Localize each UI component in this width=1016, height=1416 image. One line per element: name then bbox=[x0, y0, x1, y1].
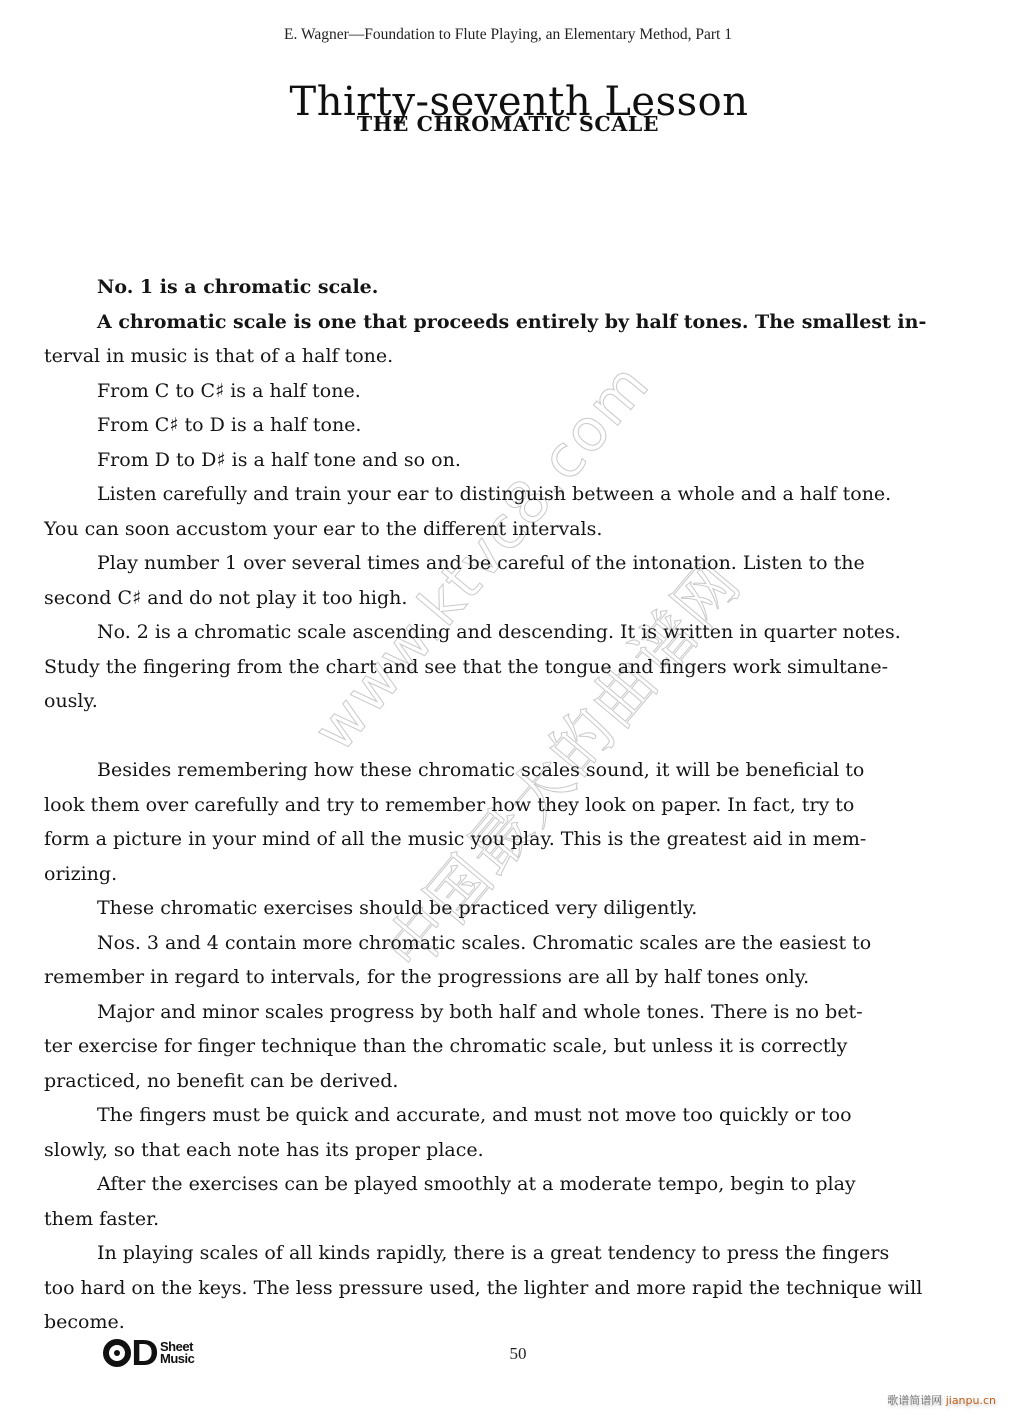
text-line: From C to C♯ is a half tone. bbox=[44, 374, 990, 409]
text-line: Besides remembering how these chromatic … bbox=[44, 753, 990, 788]
text-line: Listen carefully and train your ear to d… bbox=[44, 477, 990, 512]
text-line: A chromatic scale is one that proceeds e… bbox=[44, 305, 990, 340]
text-line: become. bbox=[44, 1305, 990, 1340]
text-line: second C♯ and do not play it too high. bbox=[44, 581, 990, 616]
text-line: From D to D♯ is a half tone and so on. bbox=[44, 443, 990, 478]
text-line: remember in regard to intervals, for the… bbox=[44, 960, 990, 995]
text-line: After the exercises can be played smooth… bbox=[44, 1167, 990, 1202]
site-tag-en: jianpu.cn bbox=[946, 1394, 996, 1407]
text-line: practiced, no benefit can be derived. bbox=[44, 1064, 990, 1099]
text-line: form a picture in your mind of all the m… bbox=[44, 822, 990, 857]
text-line: ter exercise for finger technique than t… bbox=[44, 1029, 990, 1064]
text-line: Major and minor scales progress by both … bbox=[44, 995, 990, 1030]
text-line: No. 2 is a chromatic scale ascending and… bbox=[44, 615, 990, 650]
text-line: In playing scales of all kinds rapidly, … bbox=[44, 1236, 990, 1271]
text-line: slowly, so that each note has its proper… bbox=[44, 1133, 990, 1168]
text-line: You can soon accustom your ear to the di… bbox=[44, 512, 990, 547]
text-line: Study the fingering from the chart and s… bbox=[44, 650, 990, 685]
text-line: Nos. 3 and 4 contain more chromatic scal… bbox=[44, 926, 990, 961]
site-tag-cn: 歌谱简谱网 bbox=[887, 1394, 942, 1407]
paragraph-gap bbox=[44, 719, 990, 754]
text-line: No. 1 is a chromatic scale. bbox=[44, 270, 990, 305]
site-watermark-tag: 歌谱简谱网 jianpu.cn bbox=[887, 1392, 996, 1408]
text-line: The fingers must be quick and accurate, … bbox=[44, 1098, 990, 1133]
text-line: These chromatic exercises should be prac… bbox=[44, 891, 990, 926]
text-line: Play number 1 over several times and be … bbox=[44, 546, 990, 581]
text-line: them faster. bbox=[44, 1202, 990, 1237]
text-line: orizing. bbox=[44, 857, 990, 892]
text-line: look them over carefully and try to reme… bbox=[44, 788, 990, 823]
text-line: terval in music is that of a half tone. bbox=[44, 339, 990, 374]
page-number: 50 bbox=[0, 1344, 1016, 1364]
text-line: ously. bbox=[44, 684, 990, 719]
text-line: From C♯ to D is a half tone. bbox=[44, 408, 990, 443]
lesson-body: No. 1 is a chromatic scale. A chromatic … bbox=[44, 270, 990, 1340]
page-subtitle: THE CHROMATIC SCALE bbox=[0, 112, 1016, 136]
text-line: too hard on the keys. The less pressure … bbox=[44, 1271, 990, 1306]
running-head: E. Wagner—Foundation to Flute Playing, a… bbox=[0, 26, 1016, 44]
